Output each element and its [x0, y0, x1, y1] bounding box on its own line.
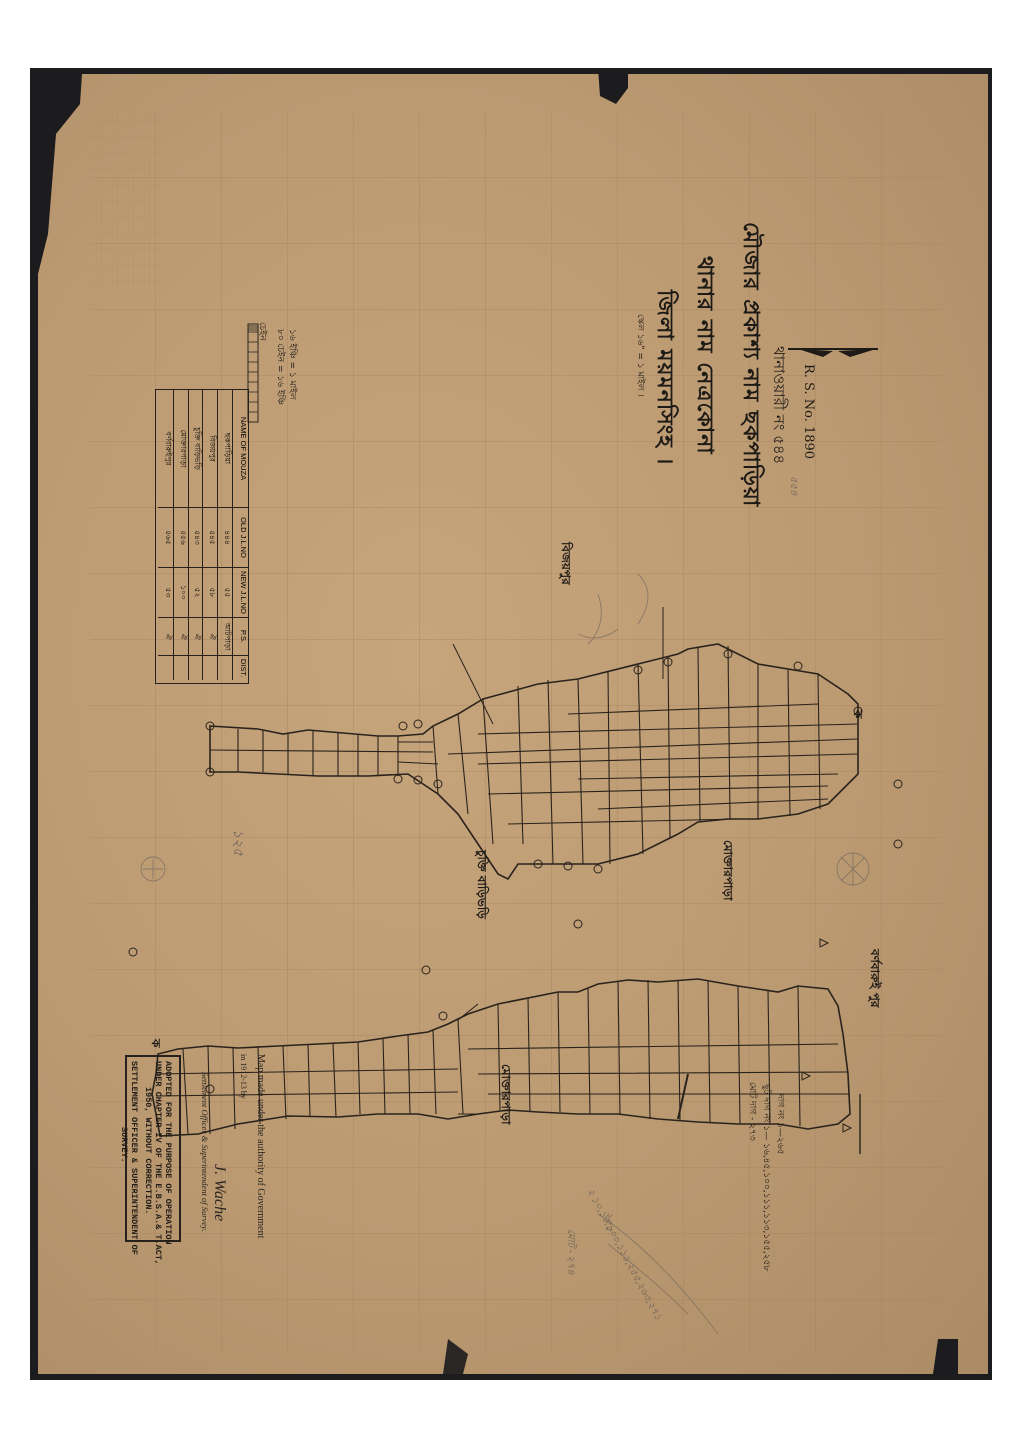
table-cell: ঐ — [158, 618, 173, 656]
table-cell: ৫৪৩ — [188, 508, 203, 568]
table-cell: ঐ — [188, 618, 203, 656]
stamp-line: ADOPTED FOR THE PURPOSE OF OPERATION — [163, 1061, 173, 1245]
mouza-table: NAME OF MOUZA OLD J.L.NO NEW J.L.NO P.S.… — [155, 389, 249, 684]
scale-unit: চেইন — [255, 322, 270, 341]
header-dist: DIST. — [232, 656, 248, 680]
scale-line-2: ৮০ চেইন = ১৬ ইঞ্চি — [273, 329, 288, 405]
table-cell: মোক্তারপাড়া — [173, 390, 188, 508]
stamp-line: SETTLEMENT OFFICER & SUPERINTENDENT OF — [129, 1061, 139, 1255]
map-mark: ক — [846, 710, 866, 718]
district-name: জিলা ময়মনসিংহ । — [645, 290, 682, 465]
scale-text: স্কেল ১৬" = ১ মাইল । — [633, 314, 648, 397]
table-cell: আটপাড়া — [217, 618, 232, 656]
table-cell: ১০০ — [173, 568, 188, 618]
authority-line-1: Map made under the authority of Governme… — [255, 1054, 266, 1238]
table-cell — [188, 656, 203, 680]
table-cell — [173, 656, 188, 680]
table-cell: ৪৪৪ — [217, 508, 232, 568]
table-cell: ছকপাড়িয়া — [217, 390, 232, 508]
table-cell: ৫৮ — [202, 568, 217, 618]
stamp-line: 1950, WITHOUT CORRECTION. — [143, 1087, 153, 1215]
dag-total: মোট দাগ - ২৭৩ — [745, 1082, 760, 1141]
table-cell — [202, 656, 217, 680]
jl-number: থানাওয়ারী নং ৫৪৪ — [765, 346, 790, 464]
neighbor-label-moktarpara: মোক্তারপাড়া — [716, 840, 736, 900]
dag-skipped: ছুট দাগ নং ১— ১৬,৪৫,১০০,১১১,১১৩,১৫৫,২৫৮ — [759, 1084, 774, 1271]
table-cell: ঐ — [173, 618, 188, 656]
table-cell: ৫২ — [188, 568, 203, 618]
table-cell: ৫৫৬ — [173, 508, 188, 568]
authority-line-2: in 1912-13 by — [239, 1054, 248, 1099]
table-cell: ঐ — [202, 618, 217, 656]
rs-number: R. S. No. 1890 — [801, 364, 816, 459]
header-old-jl: OLD J.L.NO — [232, 508, 248, 568]
stamp-line: UNDER CHAPTER IV OF THE E.B.S.A.& T.ACT, — [153, 1061, 163, 1265]
neighbor-label-moktarpara-2: মোক্তারপাড়া — [494, 1064, 514, 1124]
pencil-note: ১২৫ — [226, 829, 250, 856]
mouza-title: মৌজার প্রকাশ্য নাম ছকপাড়িয়া — [731, 222, 768, 507]
pencil-note: মোট - ২৭৪ — [561, 1229, 578, 1275]
table-cell: বর্ণবারুইপুর — [158, 390, 173, 508]
table-cell: বিজয়পুর — [202, 390, 217, 508]
neighbor-label-chukti: চুক্তি বাড়িভড়ি — [470, 850, 490, 919]
scanned-map-sheet: R. S. No. 1890 ৫৫৪ থানাওয়ারী নং ৫৪৪ মৌজ… — [30, 68, 992, 1380]
torn-edge — [598, 74, 628, 104]
adoption-stamp: ADOPTED FOR THE PURPOSE OF OPERATION UND… — [125, 1055, 181, 1242]
header-mouza: NAME OF MOUZA — [232, 390, 248, 508]
paper-background: R. S. No. 1890 ৫৫৪ থানাওয়ারী নং ৫৪৪ মৌজ… — [38, 74, 988, 1374]
table-cell — [217, 656, 232, 680]
thana-name: থানার নাম নেত্রকোনা — [685, 256, 722, 455]
neighbor-label-bijoypur: বিজয়পুর — [554, 542, 574, 585]
signature: J. Wache — [210, 1164, 228, 1221]
neighbor-label-barnabaruipur: বর্ণবারুই পুর — [863, 949, 883, 1007]
dag-range: দাগ নং ১—২৬৫ — [773, 1094, 788, 1155]
table-cell: ৫৬৫ — [158, 508, 173, 568]
table-cell: চুক্তি বাড়িভড়ি — [188, 390, 203, 508]
table-cell: ৫৪৫ — [202, 508, 217, 568]
stamp-line: SURVEY. — [119, 1127, 129, 1163]
map-mark-left: ক — [144, 1039, 164, 1047]
rs-pencil-note: ৫৫৪ — [784, 476, 801, 495]
table-cell: ৫৫ — [217, 568, 232, 618]
table-cell — [158, 656, 173, 680]
authority-line-3: Settlement Officer & Superintendent of S… — [200, 1072, 210, 1232]
header-new-jl: NEW J.L.NO — [232, 568, 248, 618]
header-ps: P.S. — [232, 618, 248, 656]
grid-fine — [90, 112, 160, 292]
table-cell: ৫৩ — [158, 568, 173, 618]
torn-corner — [38, 74, 82, 274]
